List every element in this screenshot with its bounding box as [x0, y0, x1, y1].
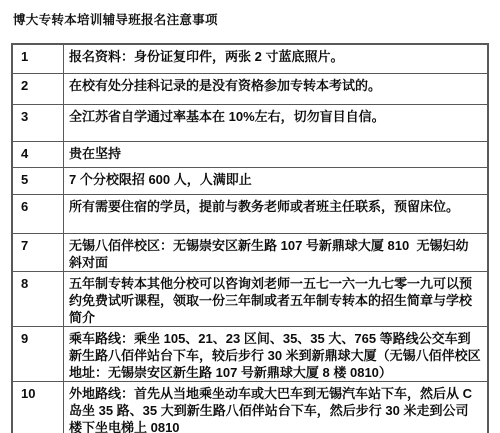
row-text: 在校有处分挂科记录的是没有资格参加专转本考试的。	[64, 73, 489, 104]
table-row: 10外地路线：首先从当地乘坐动车或大巴车到无锡汽车站下车，然后从 C 岛坐 35…	[12, 381, 488, 433]
page-title: 博大专转本培训辅导班报名注意事项	[13, 10, 218, 28]
row-text: 所有需要住宿的学员，提前与教务老师或者班主任联系，预留床位。	[64, 194, 489, 233]
row-text: 乘车路线：乘坐 105、21、23 区间、35、35 大、765 等路线公交车到…	[64, 326, 489, 381]
row-number: 10	[12, 381, 64, 433]
table-row: 2在校有处分挂科记录的是没有资格参加专转本考试的。	[12, 73, 488, 104]
row-text: 报名资料：身份证复印件，两张 2 寸蓝底照片。	[64, 44, 489, 73]
table-row: 8五年制专转本其他分校可以咨询刘老师一五七一六一九七零一九可以预约免费试听课程，…	[12, 271, 488, 326]
row-text: 外地路线：首先从当地乘坐动车或大巴车到无锡汽车站下车，然后从 C 岛坐 35 路…	[64, 381, 489, 433]
row-text: 7 个分校限招 600 人，人满即止	[64, 167, 489, 194]
row-text: 五年制专转本其他分校可以咨询刘老师一五七一六一九七零一九可以预约免费试听课程，领…	[64, 271, 489, 326]
row-number: 8	[12, 271, 64, 326]
row-number: 5	[12, 167, 64, 194]
row-number: 7	[12, 233, 64, 271]
row-number: 9	[12, 326, 64, 381]
row-number: 3	[12, 104, 64, 141]
row-number: 1	[12, 44, 64, 73]
table-row: 57 个分校限招 600 人，人满即止	[12, 167, 488, 194]
table-row: 1报名资料：身份证复印件，两张 2 寸蓝底照片。	[12, 44, 488, 73]
document-page: 博大专转本培训辅导班报名注意事项 1报名资料：身份证复印件，两张 2 寸蓝底照片…	[0, 0, 500, 433]
row-text: 贵在坚持	[64, 141, 489, 167]
table-row: 9乘车路线：乘坐 105、21、23 区间、35、35 大、765 等路线公交车…	[12, 326, 488, 381]
notice-table: 1报名资料：身份证复印件，两张 2 寸蓝底照片。2在校有处分挂科记录的是没有资格…	[11, 43, 489, 433]
table-row: 4贵在坚持	[12, 141, 488, 167]
row-number: 2	[12, 73, 64, 104]
table-row: 3全江苏省自学通过率基本在 10%左右，切勿盲目自信。	[12, 104, 488, 141]
row-number: 4	[12, 141, 64, 167]
table-row: 6所有需要住宿的学员，提前与教务老师或者班主任联系，预留床位。	[12, 194, 488, 233]
table-row: 7无锡八佰伴校区：无锡崇安区新生路 107 号新鼎球大厦 810 无锡妇幼斜对面	[12, 233, 488, 271]
row-text: 全江苏省自学通过率基本在 10%左右，切勿盲目自信。	[64, 104, 489, 141]
row-text: 无锡八佰伴校区：无锡崇安区新生路 107 号新鼎球大厦 810 无锡妇幼斜对面	[64, 233, 489, 271]
notice-table-body: 1报名资料：身份证复印件，两张 2 寸蓝底照片。2在校有处分挂科记录的是没有资格…	[12, 44, 488, 433]
row-number: 6	[12, 194, 64, 233]
